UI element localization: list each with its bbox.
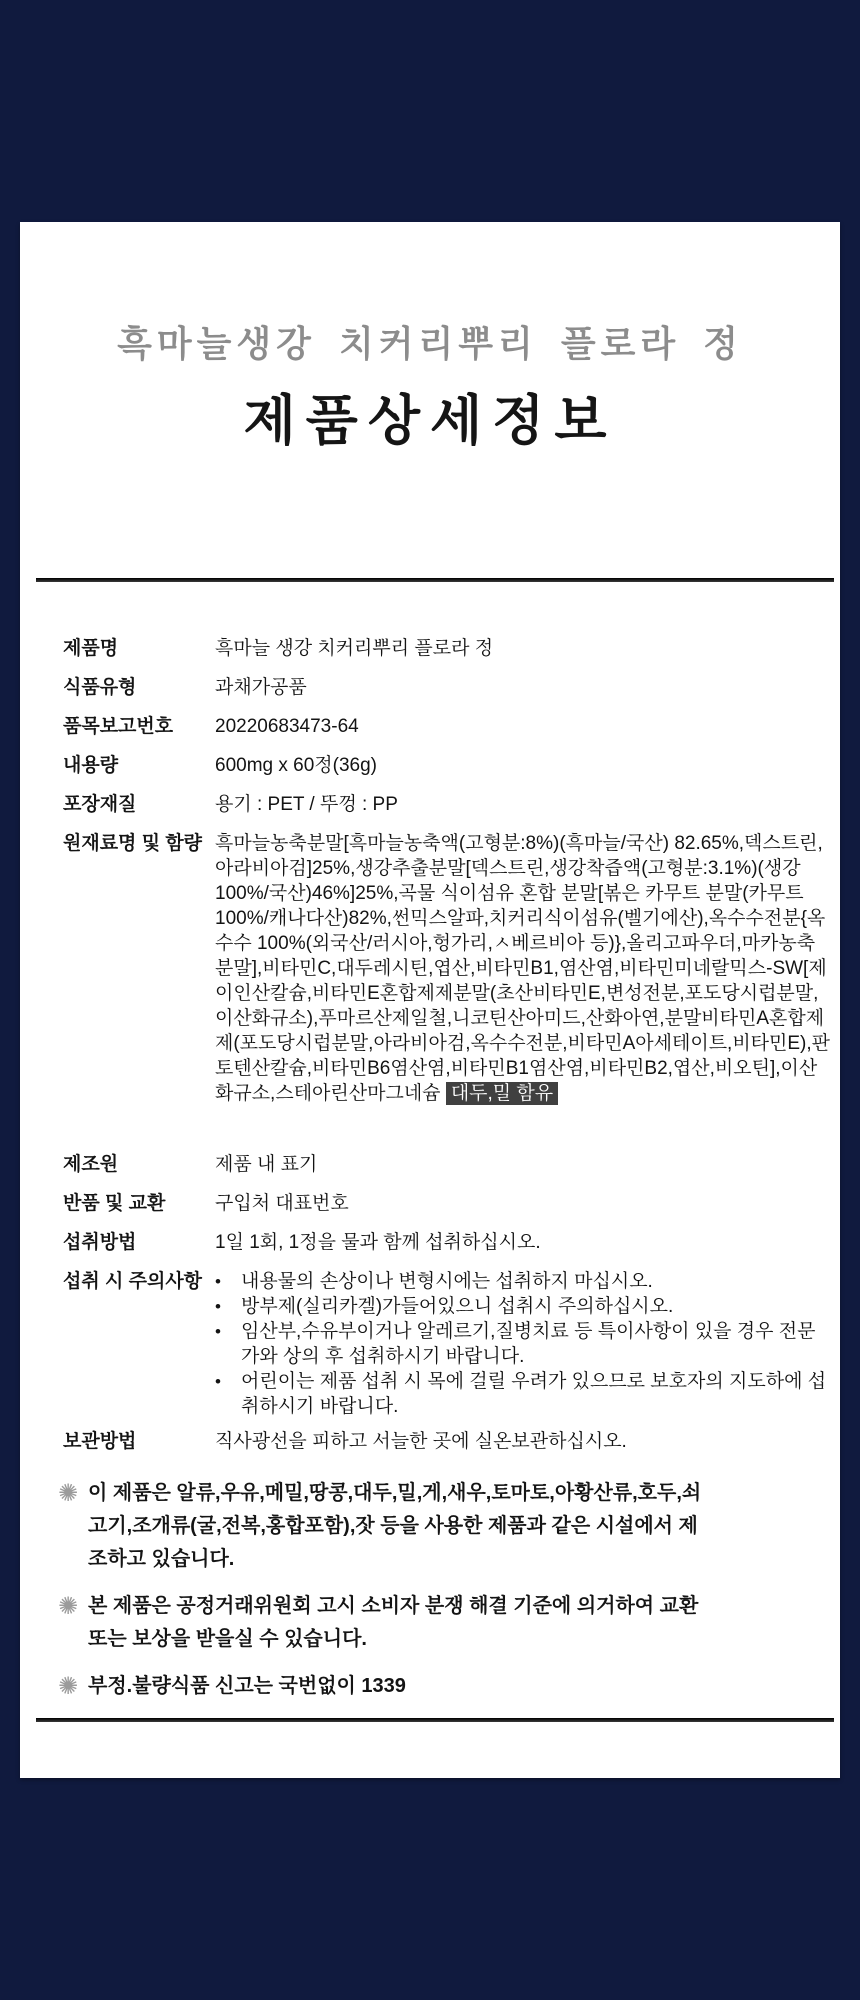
sunburst-icon: ✺ [58,1670,88,1703]
allergen-highlight: 대두,밀 함유 [446,1082,558,1105]
info-row-manufacturer: 제조원 제품 내 표기 [63,1152,833,1177]
info-row-directions: 섭취방법 1일 1회, 1정을 물과 함께 섭취하십시오. [63,1230,833,1255]
caution-text: 내용물의 손상이나 변형시에는 섭취하지 마십시오. [241,1269,833,1294]
bottom-divider [36,1718,834,1722]
row-label: 품목보고번호 [63,714,215,739]
caution-text: 임산부,수유부이거나 알레르기,질병치료 등 특이사항이 있을 경우 전문가와 … [241,1319,833,1369]
row-label: 섭취 시 주의사항 [63,1269,215,1419]
row-label: 내용량 [63,753,215,778]
bullet-icon: • [215,1294,241,1319]
info-row-report-number: 품목보고번호 20220683473-64 [63,714,833,739]
caution-text: 방부제(실리카겔)가들어있으니 섭취시 주의하십시오. [241,1294,833,1319]
row-label: 식품유형 [63,675,215,700]
caution-item: • 내용물의 손상이나 변형시에는 섭취하지 마십시오. [215,1269,833,1294]
ingredients-text: 흑마늘농축분말[흑마늘농축액(고형분:8%)(흑마늘/국산) 82.65%,덱스… [215,831,833,1106]
row-value: 과채가공품 [215,675,833,700]
bullet-icon: • [215,1269,241,1294]
row-label: 포장재질 [63,792,215,817]
row-value: 직사광선을 피하고 서늘한 곳에 실온보관하십시오. [215,1429,833,1454]
note-item: ✺ 부정.불량식품 신고는 국번없이 1339 [58,1670,758,1703]
info-row-ingredients: 원재료명 및 함량 흑마늘농축분말[흑마늘농축액(고형분:8%)(흑마늘/국산)… [63,831,833,1106]
row-label: 섭취방법 [63,1230,215,1255]
bullet-icon: • [215,1319,241,1369]
note-text: 부정.불량식품 신고는 국번없이 1339 [88,1670,406,1703]
row-label: 보관방법 [63,1429,215,1454]
row-label: 제품명 [63,636,215,661]
row-label: 제조원 [63,1152,215,1177]
caution-item: • 어린이는 제품 섭취 시 목에 걸릴 우려가 있으므로 보호자의 지도하에 … [215,1369,833,1419]
note-text: 이 제품은 알류,우유,메밀,땅콩,대두,밀,게,새우,토마토,아황산류,호두,… [88,1477,712,1576]
info-row-food-type: 식품유형 과채가공품 [63,675,833,700]
note-item: ✺ 본 제품은 공정거래위원회 고시 소비자 분쟁 해결 기준에 의거하여 교환… [58,1590,758,1656]
info-row-cautions: 섭취 시 주의사항 • 내용물의 손상이나 변형시에는 섭취하지 마십시오. •… [63,1269,833,1419]
page-title: 제품상세정보 [20,378,840,455]
row-value: 흑마늘 생강 치커리뿌리 플로라 정 [215,636,833,661]
caution-item: • 임산부,수유부이거나 알레르기,질병치료 등 특이사항이 있을 경우 전문가… [215,1319,833,1369]
row-value: 1일 1회, 1정을 물과 함께 섭취하십시오. [215,1230,833,1255]
bullet-icon: • [215,1369,241,1419]
caution-list: • 내용물의 손상이나 변형시에는 섭취하지 마십시오. • 방부제(실리카겔)… [215,1269,833,1419]
info-row-returns: 반품 및 교환 구입처 대표번호 [63,1191,833,1216]
sunburst-icon: ✺ [58,1590,88,1656]
row-value: 용기 : PET / 뚜껑 : PP [215,792,833,817]
ingredients-body: 흑마늘농축분말[흑마늘농축액(고형분:8%)(흑마늘/국산) 82.65%,덱스… [215,833,830,1104]
top-divider [36,578,834,582]
info-row-product-name: 제품명 흑마늘 생강 치커리뿌리 플로라 정 [63,636,833,661]
caution-item: • 방부제(실리카겔)가들어있으니 섭취시 주의하십시오. [215,1294,833,1319]
row-label: 반품 및 교환 [63,1191,215,1216]
note-text: 본 제품은 공정거래위원회 고시 소비자 분쟁 해결 기준에 의거하여 교환 또… [88,1590,712,1656]
note-item: ✺ 이 제품은 알류,우유,메밀,땅콩,대두,밀,게,새우,토마토,아황산류,호… [58,1477,758,1576]
row-value: 제품 내 표기 [215,1152,833,1177]
info-row-net-content: 내용량 600mg x 60정(36g) [63,753,833,778]
info-table: 제품명 흑마늘 생강 치커리뿌리 플로라 정 식품유형 과채가공품 품목보고번호… [63,636,833,1468]
sunburst-icon: ✺ [58,1477,88,1576]
info-row-storage: 보관방법 직사광선을 피하고 서늘한 곳에 실온보관하십시오. [63,1429,833,1454]
notes-section: ✺ 이 제품은 알류,우유,메밀,땅콩,대두,밀,게,새우,토마토,아황산류,호… [58,1477,758,1717]
row-value: 20220683473-64 [215,714,833,739]
row-value: 구입처 대표번호 [215,1191,833,1216]
info-row-packaging: 포장재질 용기 : PET / 뚜껑 : PP [63,792,833,817]
page-background: { "colors": { "background": "#101a3e", "… [0,0,860,2000]
row-label: 원재료명 및 함량 [63,831,215,1106]
detail-card: 흑마늘생강 치커리뿌리 플로라 정 제품상세정보 제품명 흑마늘 생강 치커리뿌… [20,222,840,1778]
caution-text: 어린이는 제품 섭취 시 목에 걸릴 우려가 있으므로 보호자의 지도하에 섭취… [241,1369,833,1419]
product-subtitle: 흑마늘생강 치커리뿌리 플로라 정 [20,316,840,367]
row-value: 600mg x 60정(36g) [215,753,833,778]
